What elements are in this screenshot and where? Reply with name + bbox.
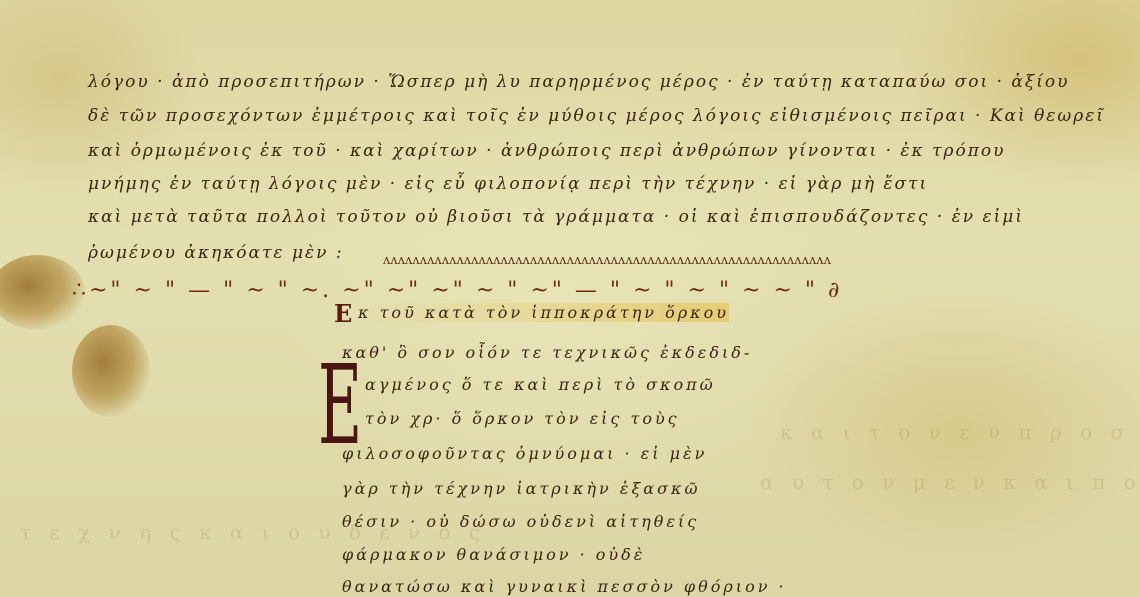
- water-stain-lower: [72, 325, 150, 417]
- bleedthrough-text: κ α ι τ ο ν ε ν π ρ ο σ τ α σ ε ι ς: [780, 420, 1140, 444]
- tilde-rule: ∴~" ~ " — " ~ " ~. ~" ~" ~" ~ " ~" — " ~…: [72, 278, 1032, 303]
- manuscript-line: λόγου · ἀπὸ προσεπιτήρων · Ὥσπερ μὴ λυ π…: [88, 72, 1070, 92]
- column-line: αγμένος ὅ τε καὶ περὶ τὸ σκοπῶ: [365, 375, 716, 394]
- manuscript-line: καὶ μετὰ ταῦτα πολλοὶ τοῦτον οὐ βιοῦσι τ…: [88, 207, 1024, 227]
- zigzag-rule: ᴧᴧᴧᴧᴧᴧᴧᴧᴧᴧᴧᴧᴧᴧᴧᴧᴧᴧᴧᴧᴧᴧᴧᴧᴧᴧᴧᴧᴧᴧᴧᴧᴧᴧᴧᴧᴧᴧᴧᴧ…: [383, 253, 988, 268]
- manuscript-line: καὶ ὁρμωμένοις ἐκ τοῦ · καὶ χαρίτων · ἀν…: [88, 141, 1005, 161]
- manuscript-line: μνήμης ἐν ταύτῃ λόγοις μὲν · εἰς εὖ φιλο…: [88, 174, 928, 194]
- column-line: γὰρ τὴν τέχνην ἰατρικὴν ἐξασκῶ: [342, 479, 701, 498]
- manuscript-line: δὲ τῶν προσεχόντων ἐμμέτροις καὶ τοῖς ἐν…: [88, 106, 1105, 126]
- column-line: καθ' ὃ σον οἷόν τε τεχνικῶς ἐκδεδιδ-: [342, 343, 752, 362]
- column-line: τὸν χρ· ὅ ὅρκον τὸν εἰς τοὺς: [365, 409, 680, 428]
- column-line: θέσιν · οὐ δώσω οὐδενὶ αἰτηθείς: [342, 512, 699, 531]
- column-line: φάρμακον θανάσιμον · οὐδὲ: [342, 545, 645, 564]
- manuscript-line: ῥωμένου ἀκηκόατε μὲν :: [88, 243, 344, 263]
- initial-letter-small: Ε: [334, 299, 352, 328]
- bleedthrough-text: α υ τ ο ν μ ε ν κ α ι π ο λ λ α: [760, 470, 1140, 494]
- column-line: φιλοσοφοῦντας ὀμνύομαι · εἰ μὲν: [342, 444, 707, 463]
- column-line: θανατώσω καὶ γυναικὶ πεσσὸν φθόριον ·: [342, 577, 787, 596]
- column-line: κ τοῦ κατὰ τὸν ἱπποκράτην ὅρκου: [358, 303, 729, 322]
